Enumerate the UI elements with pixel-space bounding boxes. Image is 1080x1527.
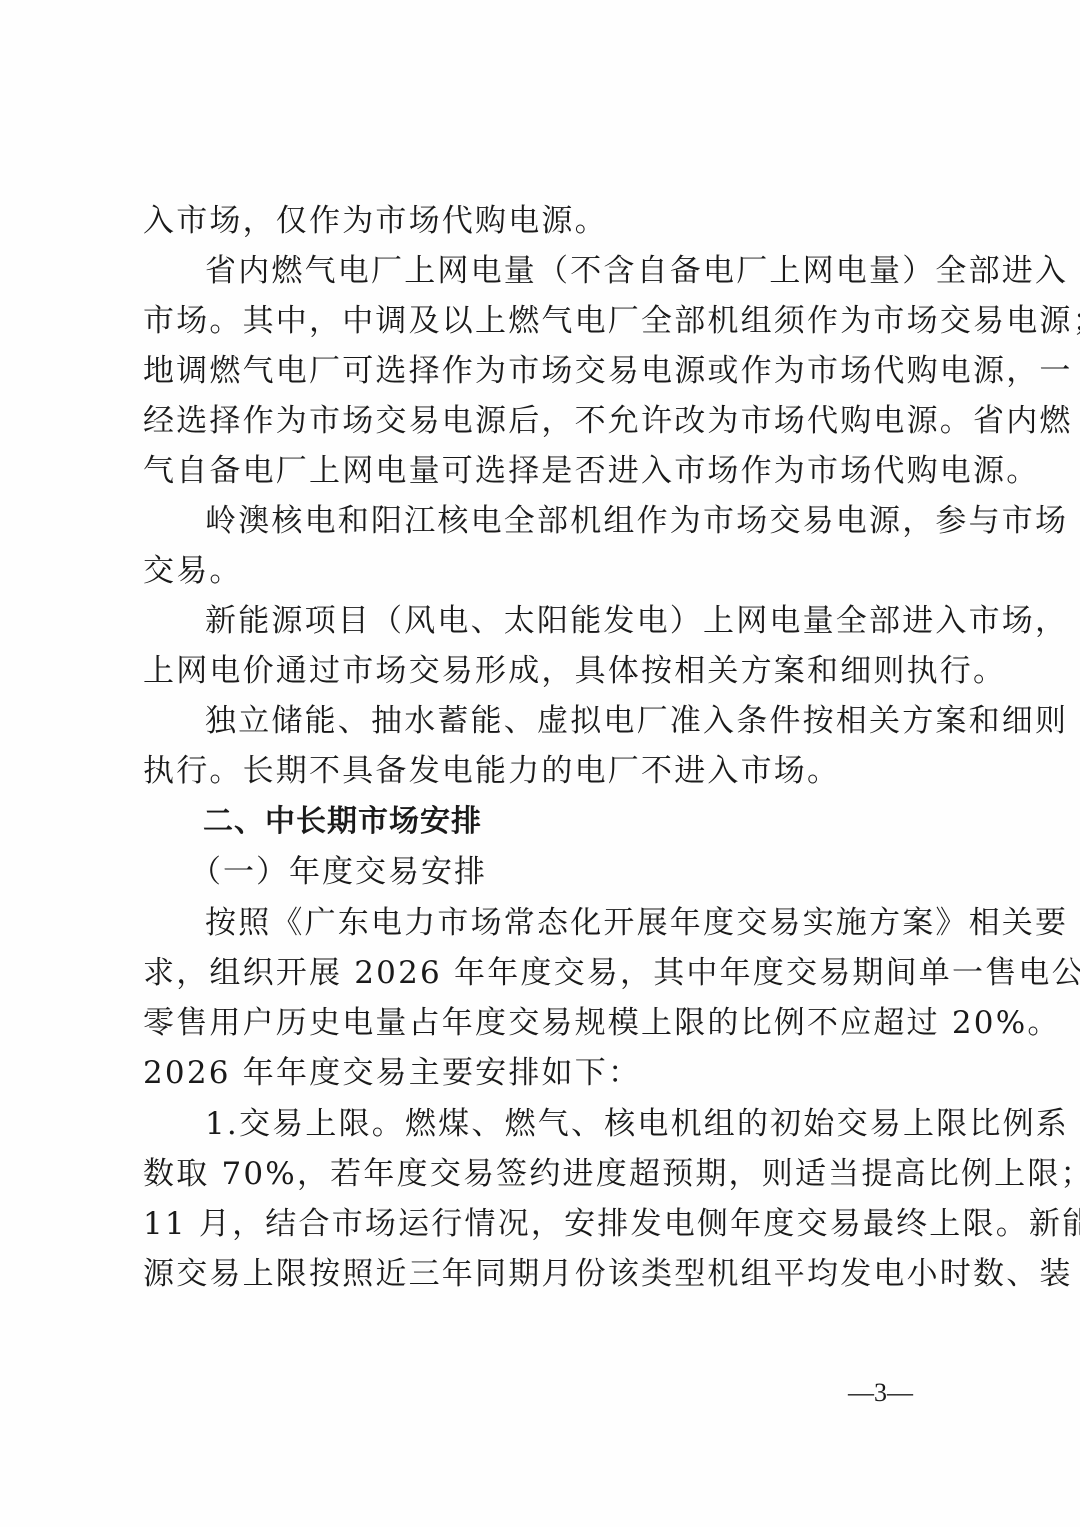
paragraph-line: 入市场，仅作为市场代购电源。: [143, 196, 948, 246]
paragraph-line: 1.交易上限。燃煤、燃气、核电机组的初始交易上限比例系: [205, 1099, 948, 1149]
paragraph-line: 地调燃气电厂可选择作为市场交易电源或作为市场代购电源，一: [143, 346, 948, 396]
subsection-heading: （一）年度交易安排: [190, 847, 487, 897]
paragraph-line: 岭澳核电和阳江核电全部机组作为市场交易电源，参与市场: [205, 496, 948, 546]
section-heading: 二、中长期市场安排: [203, 797, 482, 847]
paragraph-line: 交易。: [143, 546, 948, 596]
paragraph-line: 独立储能、抽水蓄能、虚拟电厂准入条件按相关方案和细则: [205, 696, 948, 746]
page-number: —3—: [848, 1378, 913, 1408]
paragraph-line: 零售用户历史电量占年度交易规模上限的比例不应超过 20%。: [143, 998, 948, 1048]
paragraph-line: 执行。长期不具备发电能力的电厂不进入市场。: [143, 746, 948, 796]
document-page: 入市场，仅作为市场代购电源。 省内燃气电厂上网电量（不含自备电厂上网电量）全部进…: [0, 0, 1080, 1527]
paragraph-line: 源交易上限按照近三年同期月份该类型机组平均发电小时数、装: [143, 1249, 948, 1299]
paragraph-line: 求，组织开展 2026 年年度交易，其中年度交易期间单一售电公司: [143, 948, 948, 998]
paragraph-line: 11 月，结合市场运行情况，安排发电侧年度交易最终上限。新能: [143, 1199, 948, 1249]
paragraph-line: 上网电价通过市场交易形成，具体按相关方案和细则执行。: [143, 646, 948, 696]
paragraph-line: 气自备电厂上网电量可选择是否进入市场作为市场代购电源。: [143, 446, 948, 496]
paragraph-line: 按照《广东电力市场常态化开展年度交易实施方案》相关要: [205, 898, 948, 948]
paragraph-line: 新能源项目（风电、太阳能发电）上网电量全部进入市场，: [205, 596, 948, 646]
paragraph-line: 2026 年年度交易主要安排如下：: [143, 1048, 948, 1098]
paragraph-line: 市场。其中，中调及以上燃气电厂全部机组须作为市场交易电源；: [143, 296, 948, 346]
paragraph-line: 数取 70%，若年度交易签约进度超预期，则适当提高比例上限；: [143, 1149, 948, 1199]
paragraph-line: 经选择作为市场交易电源后，不允许改为市场代购电源。省内燃: [143, 396, 948, 446]
paragraph-line: 省内燃气电厂上网电量（不含自备电厂上网电量）全部进入: [205, 246, 948, 296]
